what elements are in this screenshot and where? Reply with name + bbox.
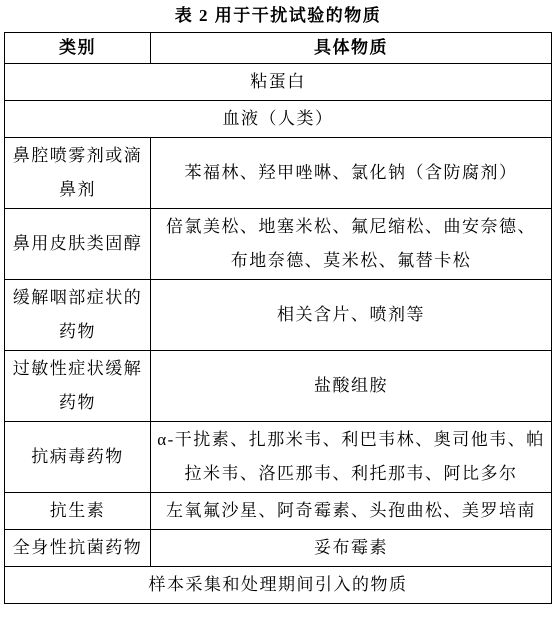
category-column-header: 类别 xyxy=(5,33,151,64)
substance-cell: 倍氯美松、地塞米松、氟尼缩松、曲安奈德、布地奈德、莫米松、氟替卡松 xyxy=(151,209,552,280)
substance-cell: 左氧氟沙星、阿奇霉素、头孢曲松、美罗培南 xyxy=(151,493,552,530)
substance-column-header: 具体物质 xyxy=(151,33,552,64)
table-row-systemic-antibacterial: 全身性抗菌药物 妥布霉素 xyxy=(5,530,552,567)
document-page: 表 2 用于干扰试验的物质 类别 具体物质 粘蛋白 血液（人类） 鼻腔喷雾剂或滴… xyxy=(0,0,556,627)
table-row-antiviral: 抗病毒药物 α-干扰素、扎那米韦、利巴韦林、奥司他韦、帕拉米韦、洛匹那韦、利托那… xyxy=(5,422,552,493)
table-row-nasal-corticosteroid: 鼻用皮肤类固醇 倍氯美松、地塞米松、氟尼缩松、曲安奈德、布地奈德、莫米松、氟替卡… xyxy=(5,209,552,280)
substance-cell: 盐酸组胺 xyxy=(151,351,552,422)
category-cell: 过敏性症状缓解药物 xyxy=(5,351,151,422)
table-title: 表 2 用于干扰试验的物质 xyxy=(4,5,552,27)
category-cell: 鼻用皮肤类固醇 xyxy=(5,209,151,280)
substance-cell: 血液（人类） xyxy=(5,101,552,138)
substance-cell: 苯福林、羟甲唑啉、氯化钠（含防腐剂） xyxy=(151,138,552,209)
table-row-sample-collection: 样本采集和处理期间引入的物质 xyxy=(5,567,552,604)
table-row-nasal-spray: 鼻腔喷雾剂或滴鼻剂 苯福林、羟甲唑啉、氯化钠（含防腐剂） xyxy=(5,138,552,209)
category-cell: 抗病毒药物 xyxy=(5,422,151,493)
substance-cell: 妥布霉素 xyxy=(151,530,552,567)
substance-cell: 粘蛋白 xyxy=(5,64,552,101)
substance-cell: 样本采集和处理期间引入的物质 xyxy=(5,567,552,604)
category-cell: 鼻腔喷雾剂或滴鼻剂 xyxy=(5,138,151,209)
substance-cell: α-干扰素、扎那米韦、利巴韦林、奥司他韦、帕拉米韦、洛匹那韦、利托那韦、阿比多尔 xyxy=(151,422,552,493)
category-cell: 抗生素 xyxy=(5,493,151,530)
substance-cell: 相关含片、喷剂等 xyxy=(151,280,552,351)
category-cell: 全身性抗菌药物 xyxy=(5,530,151,567)
header-row: 类别 具体物质 xyxy=(5,33,552,64)
table-row-blood: 血液（人类） xyxy=(5,101,552,138)
table-row-throat-relief: 缓解咽部症状的药物 相关含片、喷剂等 xyxy=(5,280,552,351)
interference-substances-table: 类别 具体物质 粘蛋白 血液（人类） 鼻腔喷雾剂或滴鼻剂 苯福林、羟甲唑啉、氯化… xyxy=(4,32,552,604)
table-row-antibiotic: 抗生素 左氧氟沙星、阿奇霉素、头孢曲松、美罗培南 xyxy=(5,493,552,530)
table-row-mucin: 粘蛋白 xyxy=(5,64,552,101)
table-row-allergy-relief: 过敏性症状缓解药物 盐酸组胺 xyxy=(5,351,552,422)
category-cell: 缓解咽部症状的药物 xyxy=(5,280,151,351)
